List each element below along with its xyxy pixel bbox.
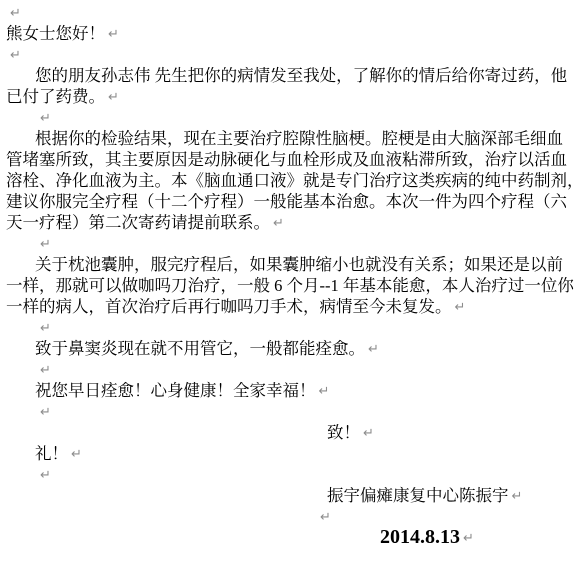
- text-line[interactable]: 关于枕池囊肿，服完疗程后，如果囊肿缩小也就没有关系；如果还是以前: [6, 254, 582, 275]
- text-line[interactable]: 一样的病人，首次治疗后再行咖吗刀手术，病情至今未复发。↵: [6, 296, 582, 317]
- empty-paragraph-line[interactable]: ↵: [6, 233, 582, 254]
- paragraph-mark-icon: ↵: [320, 510, 331, 525]
- empty-paragraph-line[interactable]: ↵: [6, 506, 582, 527]
- paragraph-mark-icon: ↵: [40, 237, 51, 252]
- paragraph-mark-icon: ↵: [71, 447, 82, 462]
- text-line[interactable]: 建议你服完全疗程（十二个疗程）一般能基本治愈。本次一件为四个疗程（六: [6, 191, 582, 212]
- line-text: 礼！: [35, 444, 68, 463]
- paragraph-mark-icon: ↵: [40, 405, 51, 420]
- text-line[interactable]: 根据你的检验结果，现在主要治疗腔隙性脑梗。腔梗是由大脑深部毛细血: [6, 128, 582, 149]
- text-line[interactable]: 熊女士您好！↵: [6, 23, 582, 44]
- paragraph-mark-icon: ↵: [40, 468, 51, 483]
- document-page: ↵熊女士您好！↵↵您的朋友孙志伟 先生把你的病情发至我处，了解你的情后给你寄过药…: [0, 0, 582, 564]
- empty-paragraph-line[interactable]: ↵: [6, 2, 582, 23]
- empty-paragraph-line[interactable]: ↵: [6, 317, 582, 338]
- line-text: 振宇偏瘫康复中心陈振宇: [327, 486, 509, 505]
- line-text: 天一疗程）第二次寄药请提前联系。: [6, 213, 270, 232]
- text-line[interactable]: 已付了药费。↵: [6, 86, 582, 107]
- empty-paragraph-line[interactable]: ↵: [6, 107, 582, 128]
- line-text: 管堵塞所致，其主要原因是动脉硬化与血栓形成及血液粘滞所致，治疗以活血: [6, 150, 567, 169]
- line-text: 溶栓、净化血液为主。本《脑血通口液》就是专门治疗这类疾病的纯中药制剂，: [6, 171, 582, 190]
- line-text: 您的朋友孙志伟 先生把你的病情发至我处，了解你的情后给你寄过药，他: [35, 66, 567, 85]
- text-line[interactable]: 2014.8.13↵: [6, 527, 582, 548]
- line-text: 一样的病人，首次治疗后再行咖吗刀手术，病情至今未复发。: [6, 297, 452, 316]
- text-line[interactable]: 祝您早日痊愈！心身健康！全家幸福！↵: [6, 380, 582, 401]
- line-text: 致！: [327, 423, 360, 442]
- text-line[interactable]: 礼！↵: [6, 443, 582, 464]
- paragraph-mark-icon: ↵: [10, 48, 21, 63]
- letter-body: ↵熊女士您好！↵↵您的朋友孙志伟 先生把你的病情发至我处，了解你的情后给你寄过药…: [6, 2, 582, 548]
- line-text: 一样，那就可以做咖吗刀治疗，一般 6 个月--1 年基本能愈，本人治疗过一位你: [6, 276, 574, 295]
- text-line[interactable]: 管堵塞所致，其主要原因是动脉硬化与血栓形成及血液粘滞所致，治疗以活血: [6, 149, 582, 170]
- paragraph-mark-icon: ↵: [108, 90, 119, 105]
- line-text: 熊女士您好！: [6, 24, 105, 43]
- paragraph-mark-icon: ↵: [40, 111, 51, 126]
- text-line[interactable]: 致于鼻窦炎现在就不用管它，一般都能痊愈。↵: [6, 338, 582, 359]
- empty-paragraph-line[interactable]: ↵: [6, 44, 582, 65]
- empty-paragraph-line[interactable]: ↵: [6, 401, 582, 422]
- paragraph-mark-icon: ↵: [273, 216, 284, 231]
- line-text: 关于枕池囊肿，服完疗程后，如果囊肿缩小也就没有关系；如果还是以前: [35, 255, 563, 274]
- empty-paragraph-line[interactable]: ↵: [6, 359, 582, 380]
- paragraph-mark-icon: ↵: [455, 300, 466, 315]
- text-line[interactable]: 天一疗程）第二次寄药请提前联系。↵: [6, 212, 582, 233]
- paragraph-mark-icon: ↵: [108, 27, 119, 42]
- text-line[interactable]: 您的朋友孙志伟 先生把你的病情发至我处，了解你的情后给你寄过药，他: [6, 65, 582, 86]
- text-line[interactable]: 一样，那就可以做咖吗刀治疗，一般 6 个月--1 年基本能愈，本人治疗过一位你: [6, 275, 582, 296]
- empty-paragraph-line[interactable]: ↵: [6, 464, 582, 485]
- paragraph-mark-icon: ↵: [319, 384, 330, 399]
- line-text: 已付了药费。: [6, 87, 105, 106]
- paragraph-mark-icon: ↵: [40, 363, 51, 378]
- line-text: 祝您早日痊愈！心身健康！全家幸福！: [35, 381, 316, 400]
- paragraph-mark-icon: ↵: [10, 6, 21, 21]
- text-line[interactable]: 溶栓、净化血液为主。本《脑血通口液》就是专门治疗这类疾病的纯中药制剂，: [6, 170, 582, 191]
- line-text: 2014.8.13: [380, 526, 460, 548]
- text-line[interactable]: 振宇偏瘫康复中心陈振宇↵: [6, 485, 582, 506]
- paragraph-mark-icon: ↵: [363, 426, 374, 441]
- text-line[interactable]: 致！↵: [6, 422, 582, 443]
- paragraph-mark-icon: ↵: [40, 321, 51, 336]
- paragraph-mark-icon: ↵: [512, 489, 523, 504]
- paragraph-mark-icon: ↵: [463, 531, 474, 546]
- line-text: 致于鼻窦炎现在就不用管它，一般都能痊愈。: [35, 339, 365, 358]
- line-text: 根据你的检验结果，现在主要治疗腔隙性脑梗。腔梗是由大脑深部毛细血: [35, 129, 563, 148]
- paragraph-mark-icon: ↵: [368, 342, 379, 357]
- line-text: 建议你服完全疗程（十二个疗程）一般能基本治愈。本次一件为四个疗程（六: [6, 192, 567, 211]
